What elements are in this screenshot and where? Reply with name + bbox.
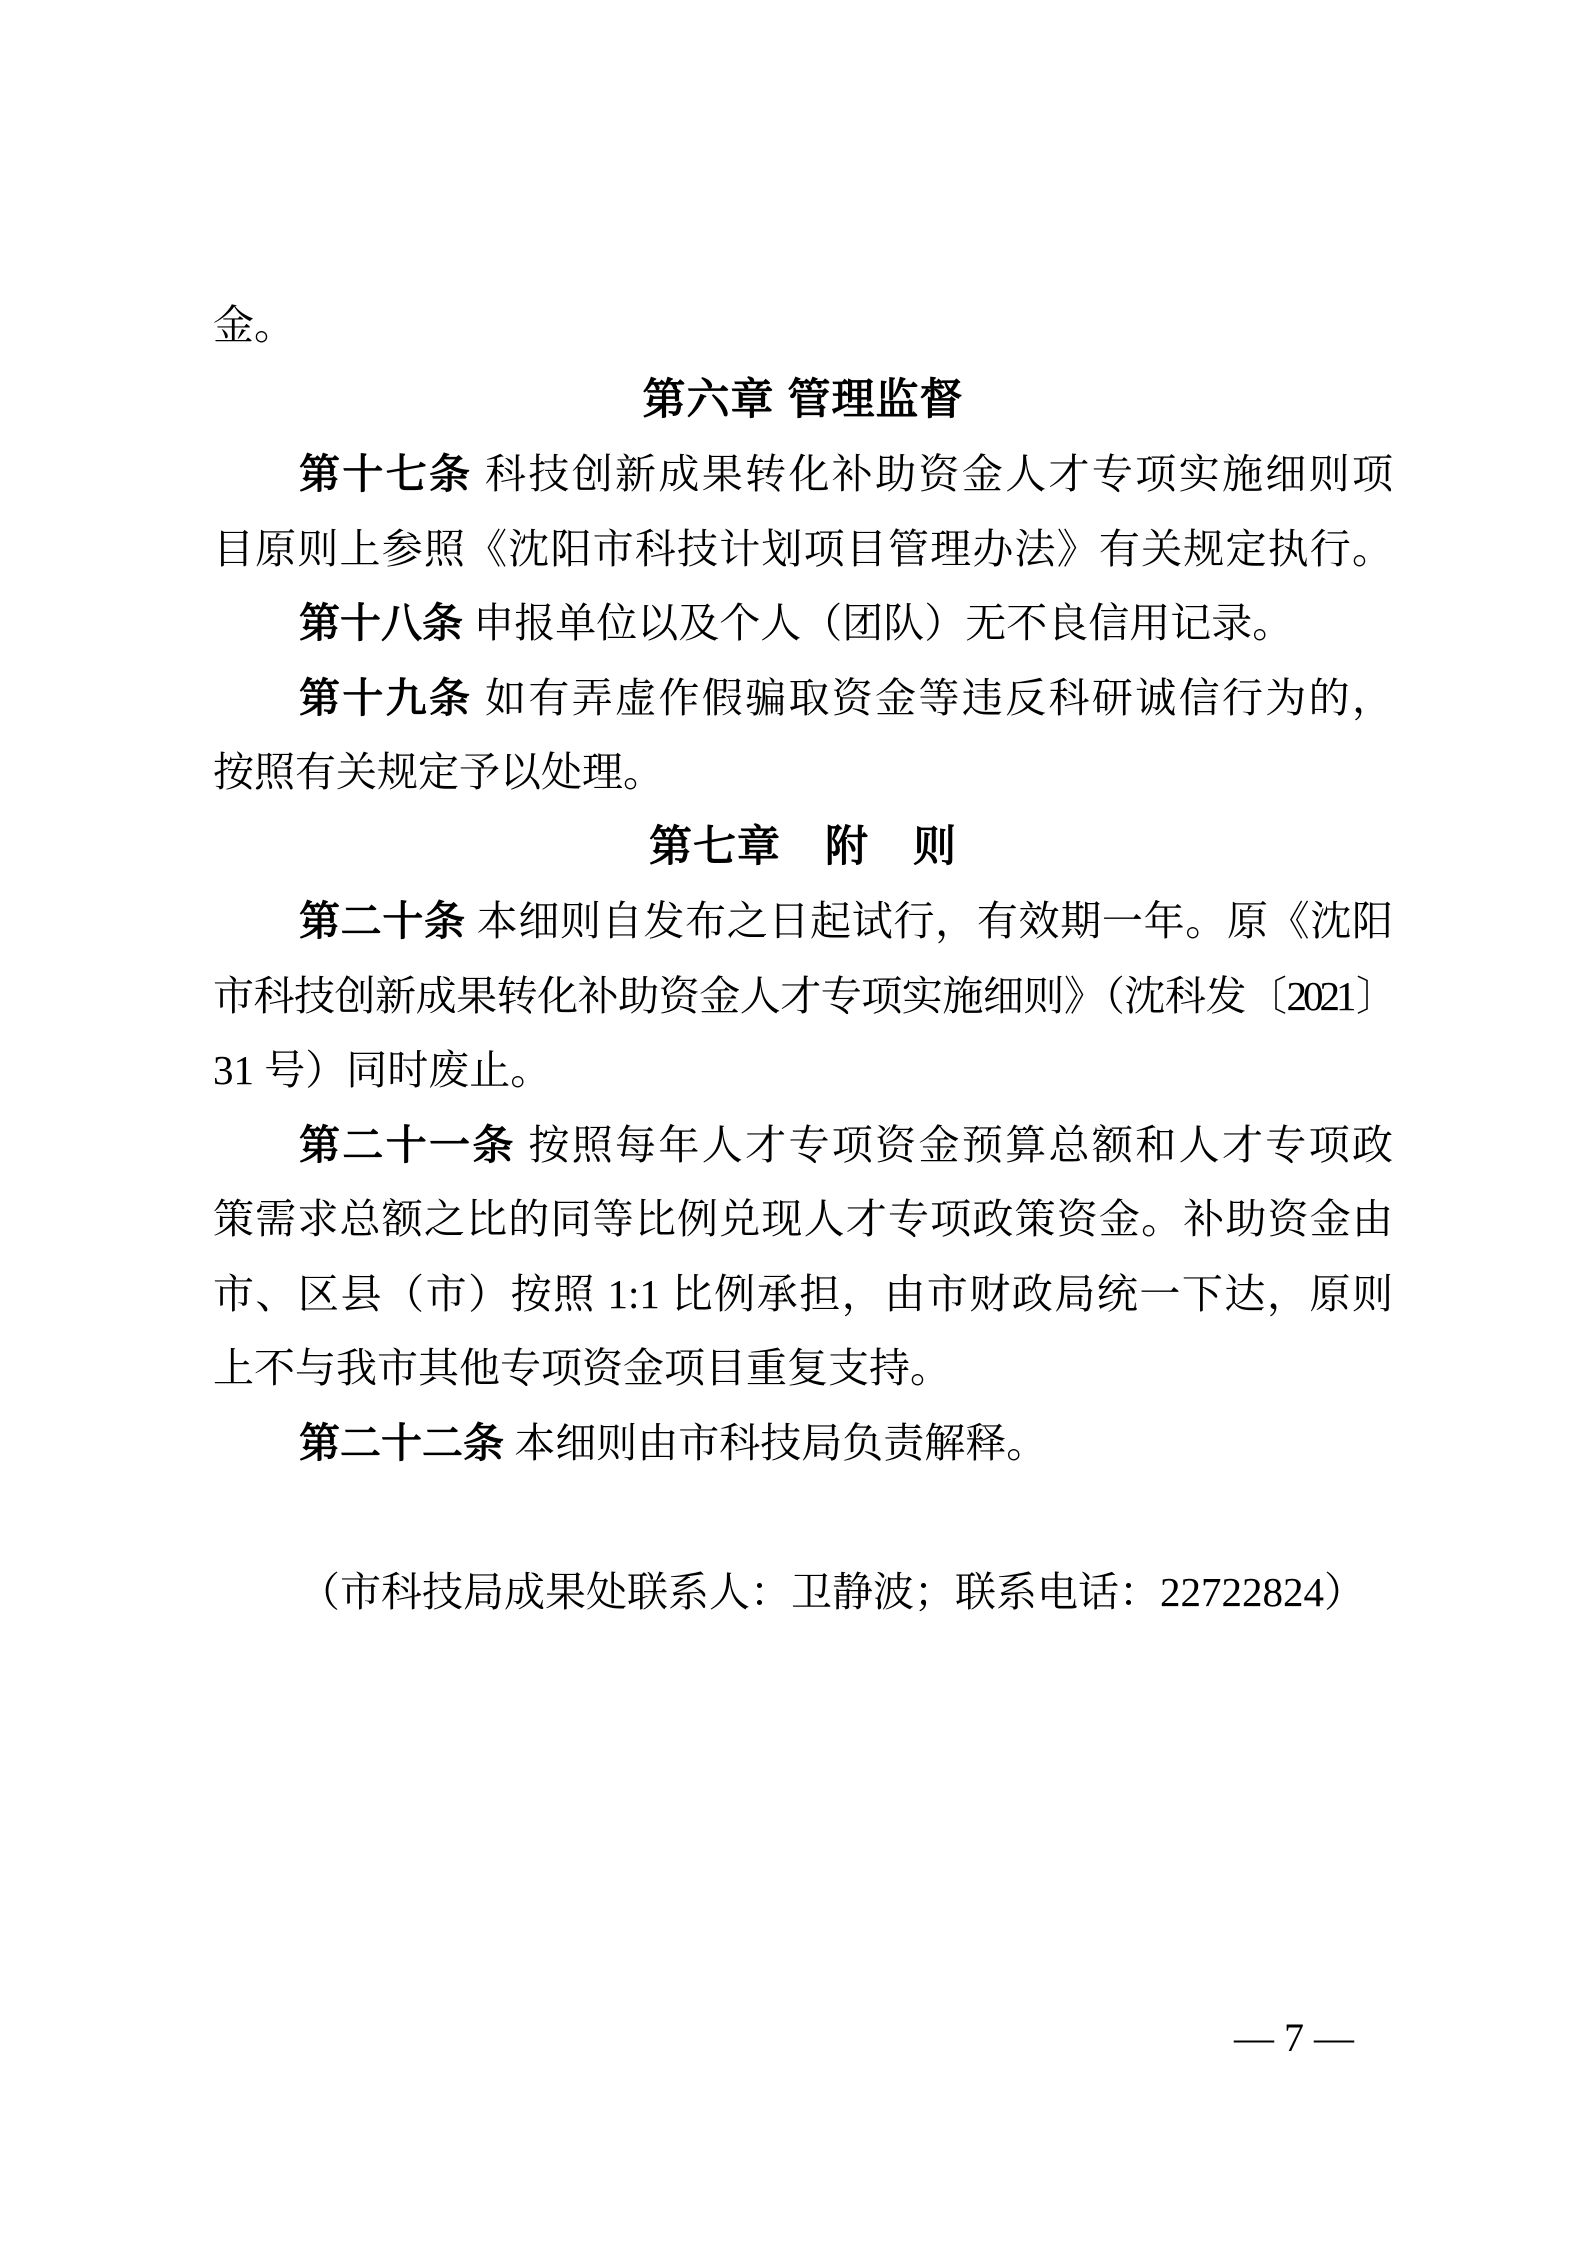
chapter-heading: 第七章 附 则	[213, 810, 1393, 885]
article-line: 第二十一条 按照每年人才专项资金预算总额和人才专项政	[213, 1108, 1393, 1183]
article-line: 第二十二条 本细则由市科技局负责解释。	[213, 1406, 1393, 1481]
article-line: 市科技创新成果转化补助资金人才专项实施细则》（沈科发〔2021〕	[213, 959, 1393, 1034]
article-number: 第十九条	[299, 675, 472, 721]
document-page: 金。第六章 管理监督第十七条 科技创新成果转化补助资金人才专项实施细则项目原则上…	[0, 0, 1587, 2245]
article-line: 策需求总额之比的同等比例兑现人才专项政策资金。补助资金由	[213, 1182, 1393, 1257]
article-number: 第二十二条	[299, 1420, 504, 1466]
article-line: 第二十条 本细则自发布之日起试行，有效期一年。原《沈阳	[213, 884, 1393, 959]
article-number: 第十七条	[299, 451, 472, 497]
article-line: 31 号）同时废止。	[213, 1033, 1393, 1108]
blank-line	[213, 1480, 1393, 1555]
paragraph-continuation: 金。	[213, 288, 1393, 363]
article-line: 第十九条 如有弄虚作假骗取资金等违反科研诚信行为的，	[213, 661, 1393, 736]
article-line: 上不与我市其他专项资金项目重复支持。	[213, 1331, 1393, 1406]
article-line: 第十七条 科技创新成果转化补助资金人才专项实施细则项	[213, 437, 1393, 512]
chapter-heading: 第六章 管理监督	[213, 363, 1393, 438]
article-line: 目原则上参照《沈阳市科技计划项目管理办法》有关规定执行。	[213, 512, 1393, 587]
article-line: 按照有关规定予以处理。	[213, 735, 1393, 810]
article-number: 第十八条	[299, 600, 463, 646]
article-line: 第十八条 申报单位以及个人（团队）无不良信用记录。	[213, 586, 1393, 661]
article-number: 第二十一条	[299, 1122, 516, 1168]
contact-line: （市科技局成果处联系人：卫静波；联系电话：22722824）	[213, 1555, 1393, 1630]
document-body: 金。第六章 管理监督第十七条 科技创新成果转化补助资金人才专项实施细则项目原则上…	[213, 288, 1393, 1629]
page-number: — 7 —	[1234, 2012, 1354, 2064]
article-line: 市、区县（市）按照 1:1 比例承担，由市财政局统一下达，原则	[213, 1257, 1393, 1332]
article-number: 第二十条	[299, 898, 466, 944]
